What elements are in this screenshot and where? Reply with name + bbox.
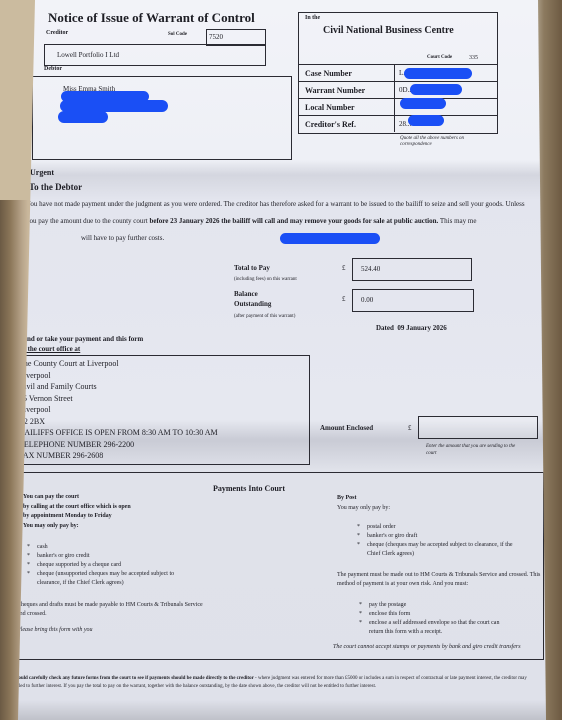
balance-label-2: Outstanding [234, 300, 271, 308]
creditor-name: Lowell Portfolio I Ltd [57, 51, 119, 59]
send-to-heading-2: to the court office at [20, 344, 143, 354]
quote-note: Quote all the above numbers on correspon… [400, 136, 490, 148]
cheques-note: Cheques and drafts must be made payable … [17, 601, 207, 619]
payment-method-item: cheque supported by a cheque card [27, 561, 187, 570]
address-line: BAILIFFS OFFICE IS OPEN FROM 8:30 AM TO … [19, 427, 218, 439]
ref-label: Case Number [305, 69, 352, 78]
to-debtor-deadline: before 23 January 2026 the bailiff will … [149, 217, 438, 225]
court-office-address: The County Court at LiverpoolLiverpoolCi… [19, 358, 218, 462]
in-the-label: In the [305, 15, 320, 21]
in-person-methods: cashbanker's or giro creditcheque suppor… [27, 543, 187, 588]
payment-method-item: cash [27, 543, 187, 552]
note-label: Note: [6, 666, 18, 671]
court-office-address-box: The County Court at LiverpoolLiverpoolCi… [14, 355, 310, 465]
intro-line: You can pay the court [23, 493, 131, 503]
in-person-intro: You can pay the courtby calling at the c… [23, 493, 131, 531]
payments-heading: Payments Into Court [213, 484, 285, 493]
address-line: L2 2BX [19, 416, 218, 428]
court-code-value: 335 [469, 55, 478, 61]
court-code-label: Court Code [427, 55, 452, 60]
address-line: Civil and Family Courts [19, 381, 218, 393]
warrant-notice-document: Notice of Issue of Warrant of Control Cr… [18, 0, 546, 720]
redaction-mark [404, 68, 472, 79]
payment-method-item: cheque (unsupported cheques may be accep… [27, 570, 187, 588]
total-to-pay-label: Total to Pay [234, 264, 270, 272]
total-currency: £ [342, 264, 346, 272]
ref-label: Local Number [305, 103, 355, 112]
amount-enclosed-field[interactable] [418, 416, 538, 439]
by-post-intro: You may only pay by: [337, 505, 390, 511]
intro-line: You may only pay by: [23, 522, 131, 532]
address-line: 35 Vernon Street [19, 393, 218, 405]
amount-enclosed-hint: Enter the amount that you are sending to… [426, 443, 526, 457]
intro-line: by appointment Monday to Friday [23, 512, 131, 522]
redaction-mark [58, 111, 108, 123]
post-musts: pay the postageenclose this formenclose … [359, 601, 509, 637]
amount-enclosed-label: Amount Enclosed [320, 424, 373, 432]
payments-into-court-box: Payments Into Court You can pay the cour… [14, 472, 544, 660]
urgent-label: Urgent [30, 168, 54, 177]
post-requirement-item: enclose a self addressed envelope so tha… [359, 619, 509, 637]
total-to-pay-box: 524.40 [352, 258, 472, 281]
creditor-label: Creditor [46, 30, 68, 36]
court-name: Civil National Business Centre [323, 25, 454, 36]
sol-code-value: 7520 [209, 33, 223, 41]
by-post-methods: postal orderbanker's or giro draftcheque… [357, 523, 517, 559]
balance-currency: £ [342, 295, 346, 303]
ref-row-local-number: Local Number [299, 98, 497, 116]
send-to-heading: Send or take your payment and this formt… [20, 334, 143, 354]
no-stamps-note: The court cannot accept stamps or paymen… [333, 643, 523, 652]
to-debtor-heading: To the Debtor [29, 182, 82, 192]
post-note: The payment must be made out to HM Court… [337, 571, 553, 589]
intro-line: by calling at the court office which is … [23, 503, 131, 513]
payment-method-item: banker's or giro draft [357, 532, 517, 541]
payment-method-item: postal order [357, 523, 517, 532]
address-line: TELEPHONE NUMBER 296-2200 [19, 439, 218, 451]
payment-method-item: cheque (cheques may be accepted subject … [357, 541, 517, 559]
note-bold: You should carefully check any future fo… [4, 676, 254, 681]
dated-value: 09 January 2026 [397, 324, 446, 332]
to-debtor-text-part: will have to pay further costs. [81, 234, 164, 242]
address-line: Liverpool [19, 404, 218, 416]
address-line: FAX NUMBER 296-2608 [19, 450, 218, 462]
ref-label: Creditor's Ref. [305, 120, 356, 129]
dated-line: Dated 09 January 2026 [376, 324, 447, 332]
debtor-label: Debtor [44, 66, 62, 72]
sol-code-label: Sol Code [168, 32, 187, 37]
post-requirement-item: pay the postage [359, 601, 509, 610]
balance-label: Balance [234, 290, 258, 298]
bring-form-note: Please bring this form with you [17, 627, 93, 633]
total-to-pay-sub: (including fees) on this warrant [234, 277, 297, 282]
by-post-heading: By Post [337, 495, 357, 501]
balance-sub: (after payment of this warrant) [234, 314, 295, 319]
ref-row-creditors-ref: Creditor's Ref.28... [299, 115, 497, 132]
address-line: Liverpool [19, 370, 218, 382]
redaction-mark [400, 98, 446, 109]
redaction-mark [408, 115, 444, 126]
dated-label: Dated [376, 324, 394, 332]
total-to-pay-value: 524.40 [361, 265, 380, 273]
creditor-box: Lowell Portfolio I Ltd [44, 44, 266, 66]
ref-label: Warrant Number [305, 86, 365, 95]
amount-enclosed-currency: £ [408, 424, 412, 432]
post-requirement-item: enclose this form [359, 610, 509, 619]
redaction-mark [410, 84, 462, 95]
to-debtor-text-part: This may me [438, 217, 476, 225]
address-line: The County Court at Liverpool [19, 358, 218, 370]
payment-method-item: banker's or giro credit [27, 552, 187, 561]
send-to-heading-1: Send or take your payment and this form [20, 334, 143, 344]
redaction-mark [280, 233, 380, 244]
to-debtor-text: You have not made payment under the judg… [26, 196, 531, 247]
balance-outstanding-box: 0.00 [352, 289, 474, 312]
ref-row-warrant-number: Warrant Number0D... [299, 81, 497, 99]
note-text: You should carefully check any future fo… [4, 675, 529, 690]
form-title: Notice of Issue of Warrant of Control [48, 10, 255, 26]
balance-outstanding-value: 0.00 [361, 296, 373, 304]
